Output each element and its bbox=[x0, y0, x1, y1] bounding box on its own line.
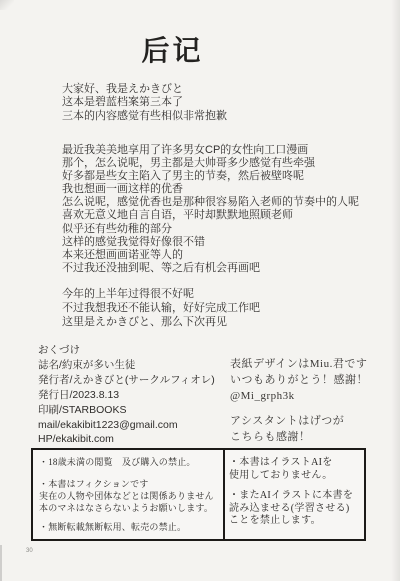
no-ai-notice-line: ・本書はイラストAIを bbox=[229, 457, 353, 470]
spacer bbox=[230, 404, 368, 414]
text-line: いつもありがとう！感謝！ bbox=[230, 373, 368, 389]
colophon-print-line: 印刷/STARBOOKS bbox=[38, 403, 215, 418]
text-line: 这本是碧蓝档案第三本了 bbox=[62, 96, 227, 109]
text-line: 好多都是些女主陷入了男主的节奏，然后被壁咚呢 bbox=[62, 170, 359, 183]
scan-corner-artifact bbox=[0, 0, 14, 10]
colophon-date-line: 発行日/2023.8.13 bbox=[38, 388, 215, 403]
credits: 表紙デザインはMiu.君です いつもありがとう！感謝！ @Mi_grph3k ア… bbox=[230, 357, 368, 446]
afterword-page: 后记 大家好、我是えかきびと 这本是碧蓝档案第三本了 三本的内容感觉有些相似非常… bbox=[0, 0, 400, 581]
no-ai-training-notice-line: 読み込ませる(学習させる) bbox=[229, 503, 353, 516]
text-line: 表紙デザインはMiu.君です bbox=[230, 357, 368, 373]
text-line: 喜欢无意义地自言自语，平时却默默地照顾老师 bbox=[62, 209, 359, 222]
disclaimer-right-column: ・本書はイラストAIを 使用しておりません。 ・またAIイラストに本書を 読み込… bbox=[229, 457, 353, 528]
assistant-credit: アシスタントはげつが こちらも感謝！ bbox=[230, 414, 368, 446]
colophon-publisher-line: 発行者/えかきびと(サークルフィオレ) bbox=[38, 373, 215, 388]
text-line: こちらも感謝！ bbox=[230, 430, 368, 446]
text-line: 我也想画一画这样的优香 bbox=[62, 183, 359, 196]
fiction-notice-line: 本のマネはなさらないようお願いします。 bbox=[39, 502, 214, 514]
disclaimer-box-divider bbox=[223, 450, 225, 539]
colophon-title-line: 誌名/約束が多い生徒 bbox=[38, 358, 215, 373]
text-line: 似乎还有些幼稚的部分 bbox=[62, 223, 359, 236]
text-line: 那个，怎么说呢，男主都是大帅哥多少感觉有些牵强 bbox=[62, 157, 359, 170]
closing-paragraph: 今年的上半年过得很不好呢 不过我想我还不能认输，好好完成工作吧 这里是えかきびと… bbox=[62, 287, 260, 329]
text-line: 不过我想我还不能认输，好好完成工作吧 bbox=[62, 301, 260, 315]
fiction-notice-line: 実在の人物や団体などとは関係ありません bbox=[39, 490, 214, 502]
greeting-paragraph: 大家好、我是えかきびと 这本是碧蓝档案第三本了 三本的内容感觉有些相似非常抱歉 bbox=[62, 83, 227, 123]
no-ai-notice-line: 使用しておりません。 bbox=[229, 470, 353, 483]
scan-right-edge-artifact bbox=[391, 0, 400, 581]
text-line: 最近我美美地享用了许多男女CP的女性向工口漫画 bbox=[62, 144, 359, 157]
fiction-notice-line: ・本書はフィクションです bbox=[39, 478, 214, 490]
text-line: 今年的上半年过得很不好呢 bbox=[62, 287, 260, 301]
no-ai-training-notice-line: ことを禁止します。 bbox=[229, 515, 353, 528]
colophon-mail-line: mail/ekakibit1223@gmail.com bbox=[38, 418, 215, 433]
text-line: 本来还想画画诺亚等人的 bbox=[62, 249, 359, 262]
no-reproduction-notice: ・無断転載無断転用、転売の禁止。 bbox=[39, 521, 214, 533]
text-line: 怎么说呢，感觉优香也是那种很容易陷入老师的节奏中的人呢 bbox=[62, 196, 359, 209]
colophon-hp-line: HP/ekakibit.com bbox=[38, 432, 215, 447]
text-line: 这样的感觉我觉得好像很不错 bbox=[62, 236, 359, 249]
twitter-handle: @Mi_grph3k bbox=[230, 389, 368, 405]
disclaimer-box: ・18歳未満の閲覧 及び購入の禁止。 ・本書はフィクションです 実在の人物や団体… bbox=[31, 448, 366, 541]
colophon: おくづけ 誌名/約束が多い生徒 発行者/えかきびと(サークルフィオレ) 発行日/… bbox=[38, 343, 215, 447]
page-number: 30 bbox=[26, 548, 33, 554]
main-paragraph: 最近我美美地享用了许多男女CP的女性向工口漫画 那个，怎么说呢，男主都是大帅哥多… bbox=[62, 144, 359, 275]
page-title: 后记 bbox=[0, 29, 345, 69]
age-restriction-notice: ・18歳未満の閲覧 及び購入の禁止。 bbox=[39, 456, 214, 468]
text-line: アシスタントはげつが bbox=[230, 414, 368, 430]
cover-design-credit: 表紙デザインはMiu.君です いつもありがとう！感謝！ @Mi_grph3k bbox=[230, 357, 368, 404]
text-line: 这里是えかきびと、那么下次再见 bbox=[62, 315, 260, 329]
colophon-heading: おくづけ bbox=[38, 343, 215, 358]
text-line: 三本的内容感觉有些相似非常抱歉 bbox=[62, 110, 227, 123]
scan-left-edge-artifact bbox=[0, 545, 2, 581]
text-line: 不过我还没抽到呢、等之后有机会再画吧 bbox=[62, 262, 359, 275]
disclaimer-left-column: ・18歳未満の閲覧 及び購入の禁止。 ・本書はフィクションです 実在の人物や団体… bbox=[39, 456, 214, 533]
text-line: 大家好、我是えかきびと bbox=[62, 83, 227, 96]
no-ai-training-notice-line: ・またAIイラストに本書を bbox=[229, 490, 353, 503]
